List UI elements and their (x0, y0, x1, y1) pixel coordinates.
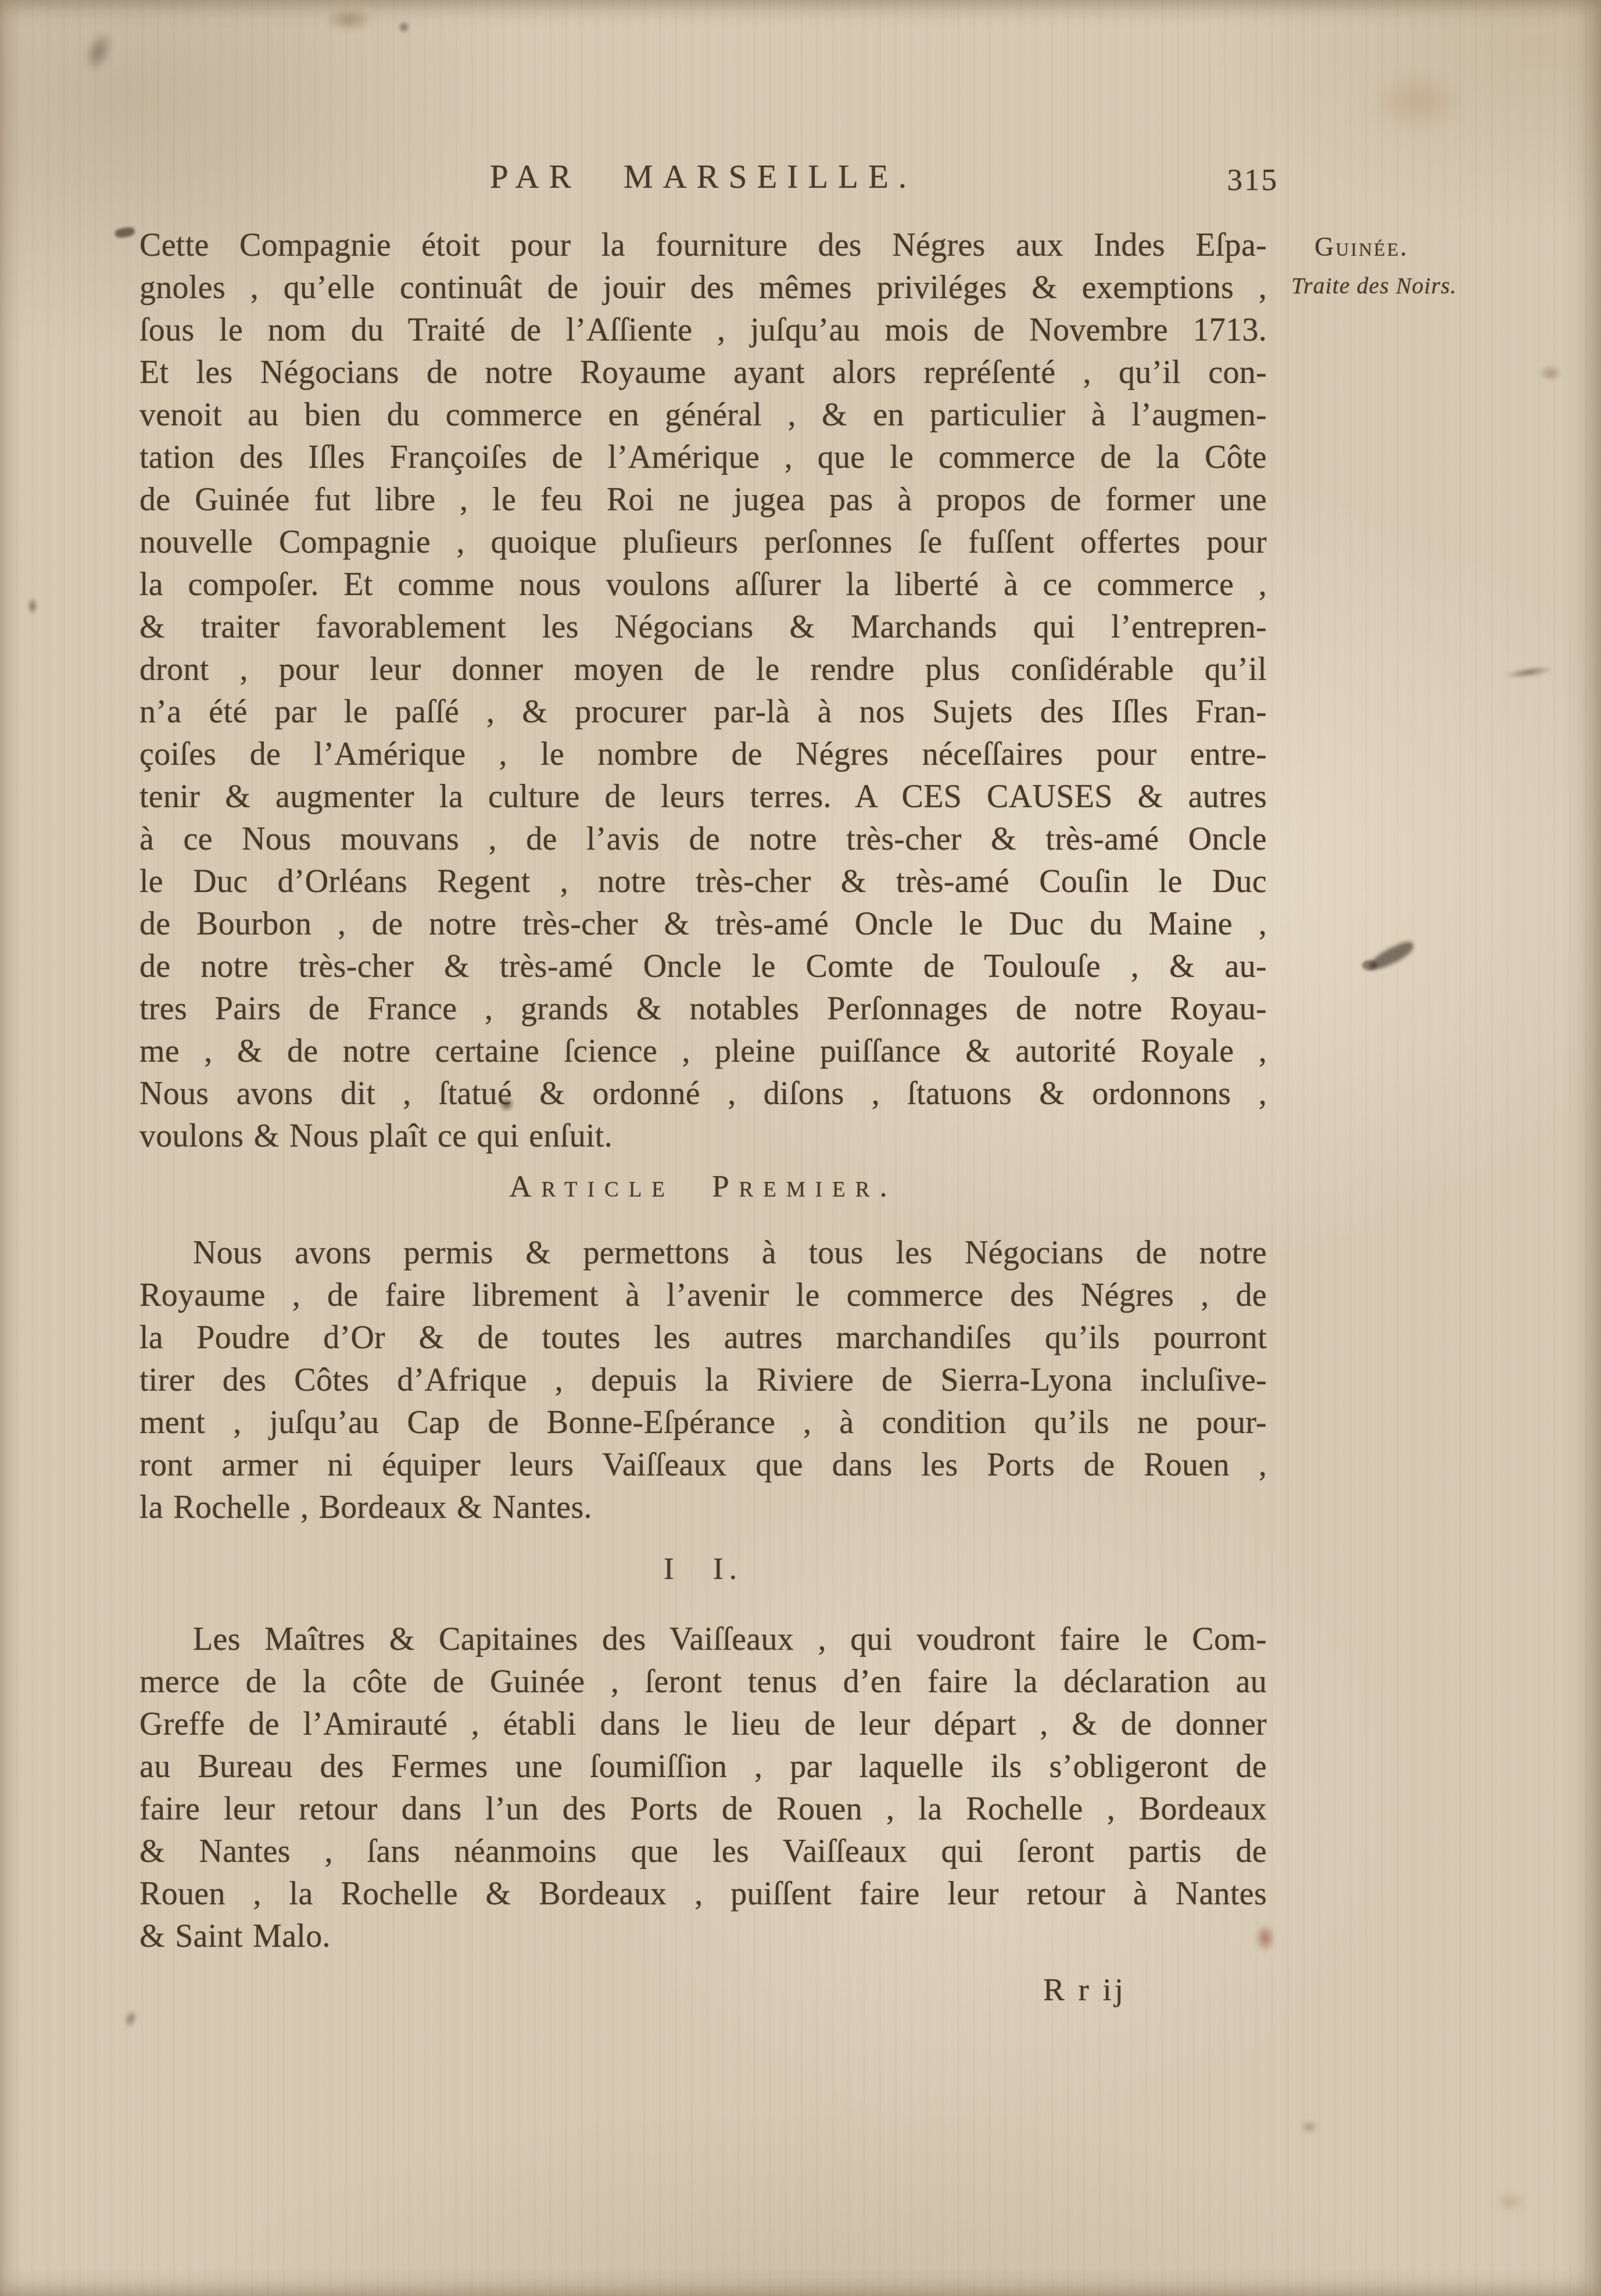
margin-note-topic: Traite des Noirs. (1291, 272, 1457, 299)
text-line: de Guinée fut libre , le feu Roi ne juge… (139, 479, 1267, 521)
text-line: venoit au bien du commerce en général , … (139, 394, 1267, 436)
text-line: tirer des Côtes d’Afrique , depuis la Ri… (139, 1359, 1267, 1402)
stain (1539, 365, 1562, 381)
text-line: & traiter favorablement les Négocians & … (139, 606, 1267, 649)
text-line: Les Maîtres & Capitaines des Vaiſſeaux ,… (139, 1618, 1267, 1661)
text-line: de notre très-cher & très-amé Oncle le C… (139, 945, 1267, 988)
stain (122, 2008, 140, 2029)
text-line: tres Pairs de France , grands & notables… (139, 988, 1267, 1030)
text-line: la Poudre d’Or & de toutes les autres ma… (139, 1317, 1267, 1359)
text-line: à ce Nous mouvans , de l’avis de notre t… (139, 818, 1267, 861)
stain (1503, 664, 1555, 681)
text-line: tation des Iſles Françoiſes de l’Amériqu… (139, 436, 1267, 479)
text-line: Rouen , la Rochelle & Bordeaux , puiſſen… (139, 1873, 1267, 1915)
preamble-paragraph: Cette Compagnie étoit pour la fourniture… (139, 224, 1267, 1158)
text-line: merce de la côte de Guinée , ſeront tenu… (139, 1661, 1267, 1703)
text-line: voulons & Nous plaît ce qui enſuit. (139, 1115, 1267, 1158)
text-line: Nous avons dit , ſtatué & ordonné , diſo… (139, 1073, 1267, 1115)
article-1-paragraph: Nous avons permis & permettons à tous le… (139, 1232, 1267, 1529)
article-1-heading: Article Premier. (139, 1163, 1267, 1210)
book-page-scan: PAR MARSEILLE. 315 Guinée. Traite des No… (0, 0, 1601, 2296)
text-line: au Bureau des Fermes une ſoumiſſion , pa… (139, 1746, 1267, 1788)
foxing-spot (1301, 2120, 1318, 2134)
foxing-spot (1495, 2192, 1526, 2212)
ink-flick-stain (1366, 939, 1416, 973)
text-line: n’a été par le paſſé , & procurer par-là… (139, 691, 1267, 733)
text-line: de Bourbon , de notre très-cher & très-a… (139, 903, 1267, 945)
stain (79, 27, 119, 76)
article-2-paragraph: Les Maîtres & Capitaines des Vaiſſeaux ,… (139, 1618, 1267, 1958)
text-line: tenir & augmenter la culture de leurs te… (139, 776, 1267, 818)
text-line: ſous le nom du Traité de l’Aſſiente , ju… (139, 309, 1267, 352)
article-2-heading: I I. (139, 1546, 1267, 1592)
text-line: dront , pour leur donner moyen de le ren… (139, 649, 1267, 691)
text-line: Royaume , de faire librement à l’avenir … (139, 1274, 1267, 1317)
text-line: Cette Compagnie étoit pour la fourniture… (139, 224, 1267, 267)
text-block: Cette Compagnie étoit pour la fourniture… (139, 224, 1267, 1958)
text-line: nouvelle Compagnie , quoique pluſieurs p… (139, 521, 1267, 564)
text-line: & Saint Malo. (139, 1915, 1267, 1958)
text-line: Nous avons permis & permettons à tous le… (139, 1232, 1267, 1274)
text-line: Et les Négocians de notre Royaume ayant … (139, 352, 1267, 394)
text-line: faire leur retour dans l’un des Ports de… (139, 1788, 1267, 1831)
stain (1371, 70, 1464, 134)
signature-mark: R r ij (1043, 1971, 1126, 2008)
text-line: gnoles , qu’elle continuât de jouir des … (139, 267, 1267, 309)
running-header: PAR MARSEILLE. (139, 158, 1267, 196)
text-line: la compoſer. Et comme nous voulons aſſur… (139, 564, 1267, 606)
text-line: le Duc d’Orléans Regent , notre très-che… (139, 861, 1267, 903)
ink-flick-stain (1362, 960, 1377, 970)
margin-note-region: Guinée. (1315, 231, 1409, 262)
stain (325, 8, 373, 31)
text-line: Greffe de l’Amirauté , établi dans le li… (139, 1703, 1267, 1746)
text-line: çoiſes de l’Amérique , le nombre de Négr… (139, 733, 1267, 776)
text-line: ment , juſqu’au Cap de Bonne-Eſpérance ,… (139, 1402, 1267, 1444)
text-line: ront armer ni équiper leurs Vaiſſeaux qu… (139, 1444, 1267, 1487)
text-line: la Rochelle , Bordeaux & Nantes. (139, 1487, 1267, 1529)
text-line: me , & de notre certaine ſcience , plein… (139, 1030, 1267, 1073)
stain (397, 21, 410, 34)
page-number: 315 (1185, 163, 1278, 198)
text-line: & Nantes , ſans néanmoins que les Vaiſſe… (139, 1831, 1267, 1873)
ink-blot (114, 226, 135, 239)
stain (27, 597, 38, 615)
